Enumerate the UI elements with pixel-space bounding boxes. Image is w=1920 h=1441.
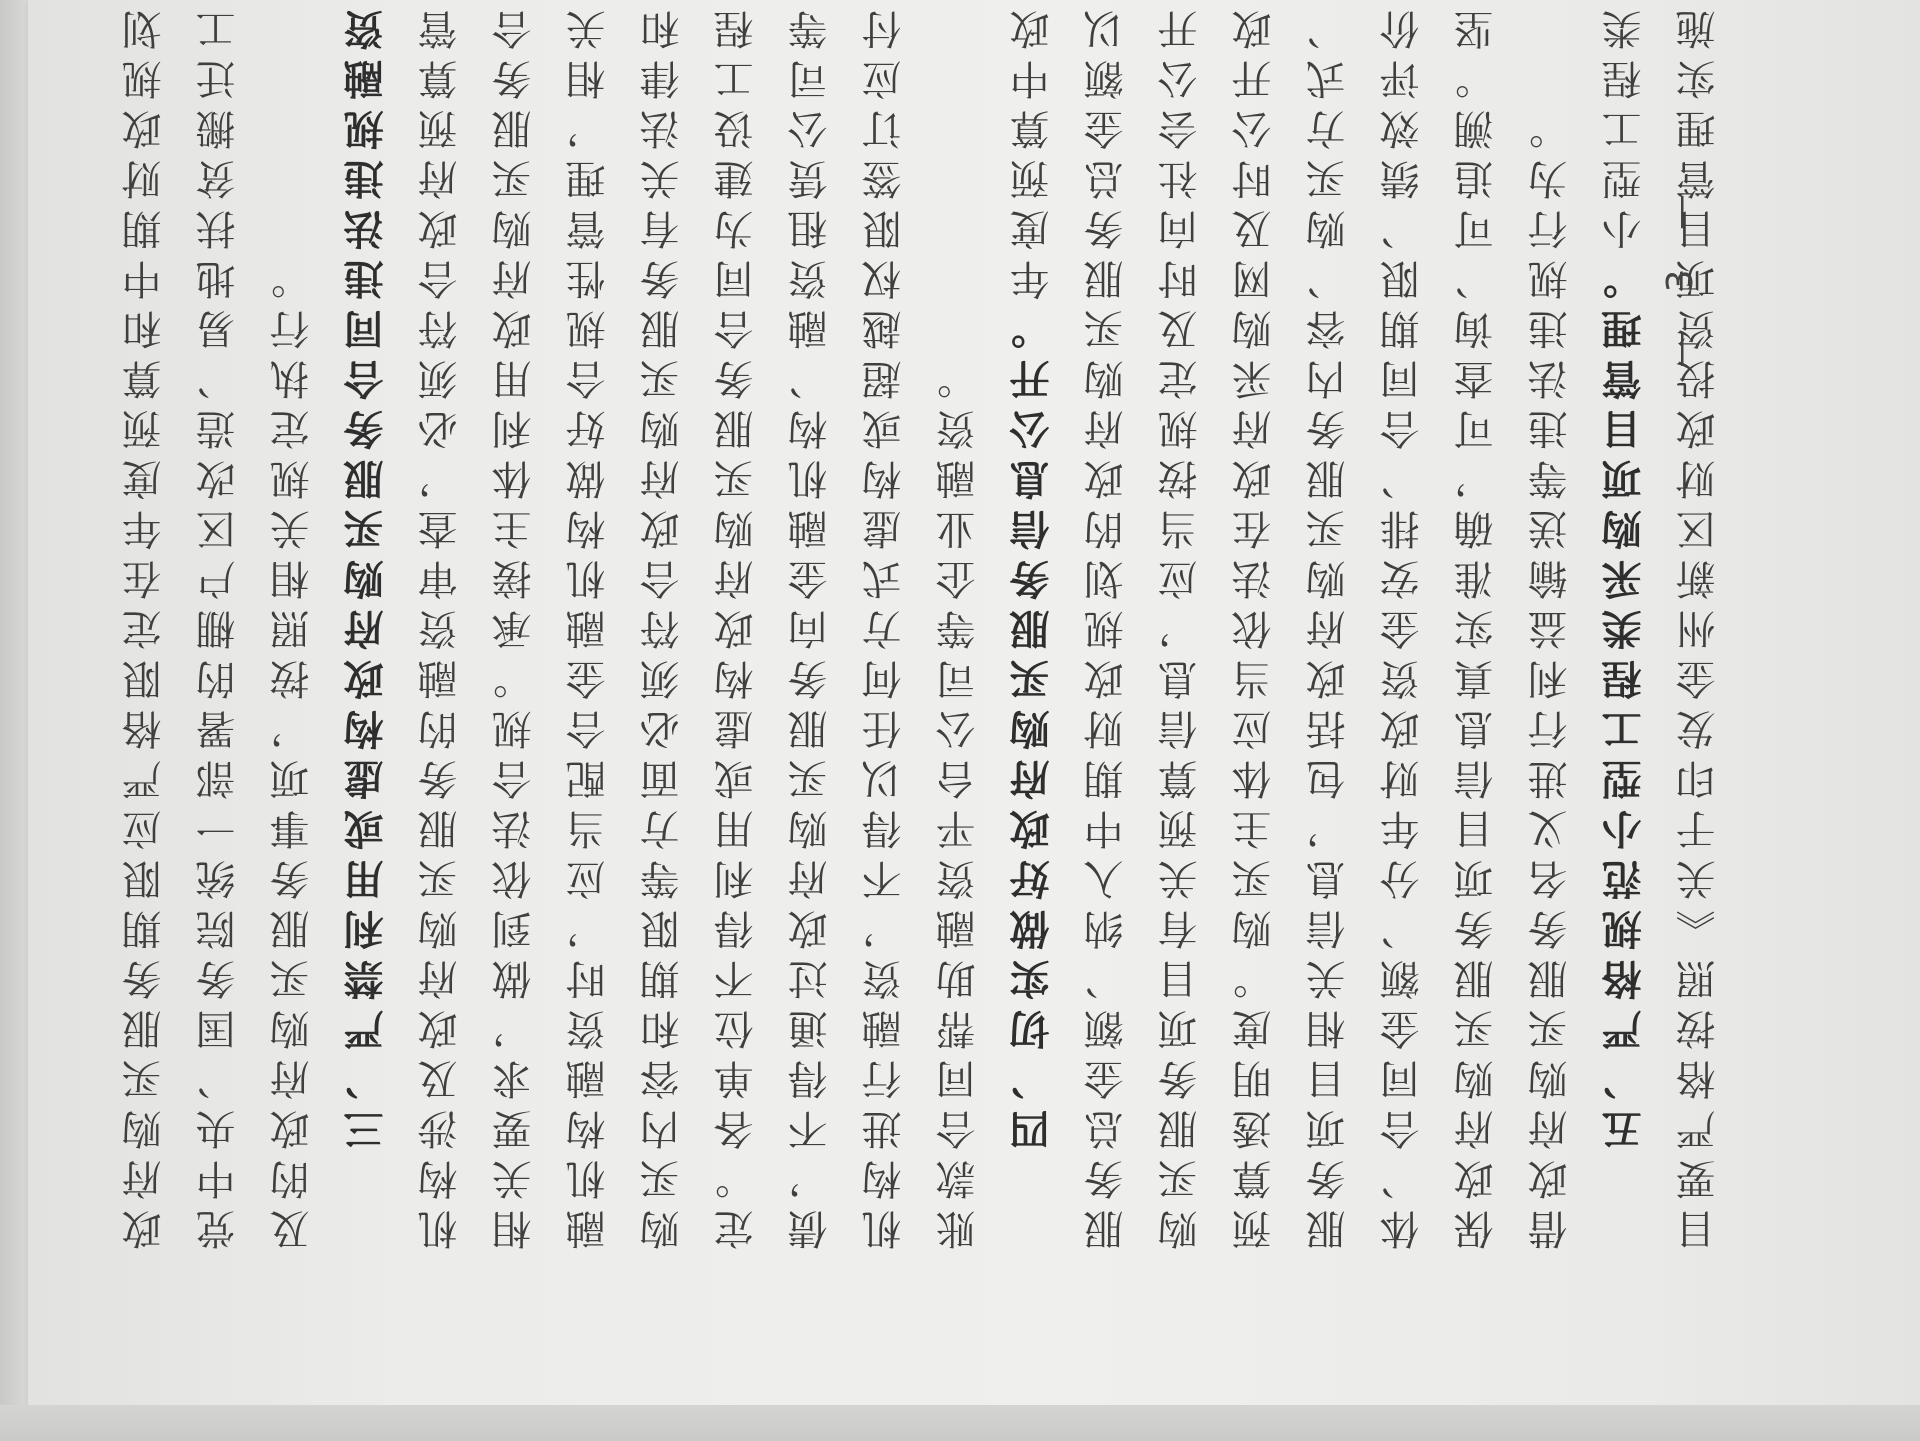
text-line: 机构进行融资，不得以任何方式虚构或超越权限签订应付（收） xyxy=(848,150,922,1250)
text-line: 体、合同金额、分年财政资金安排、合同期限、绩效评价等，确 xyxy=(1366,150,1440,1250)
document-photo: 政府购买服务期限应严格限定在年度预算和中期财政规划期限内。 党中央、国务院统一部… xyxy=(0,0,1920,1441)
text-line: 党中央、国务院统一部署的棚户区改造、易地扶贫搬迁工作中涉 xyxy=(182,150,256,1250)
text-line: 购买服务项目有关预算信息，应当按规定及时向社会公开，提高 xyxy=(1144,150,1218,1250)
text-line: 定。各单位不得利用或虚构政府购买服务合同为建设工程变相举 xyxy=(700,150,774,1250)
page-number: — 3 — xyxy=(1660,180,1701,368)
text-line: 机构涉及政府购买服务的融资审查，必须符合政府预算管理制度 xyxy=(404,150,478,1250)
text-line: 相关要求，做到依法合规。承接主体利用政府购买服务合同向金 xyxy=(478,150,552,1250)
section-heading-3: 三、严禁利用或虚构政府购买服务合同违法违规融资。 xyxy=(344,0,390,1150)
text-line: 购买内容和期限等方面必须符合政府购买服务有关法律和制度规 xyxy=(626,150,700,1250)
text-line: 预算透明度。购买主体应当依法在政府采购网及时公开政府购买 xyxy=(1218,150,1292,1250)
section-heading-line: 三、严禁利用或虚构政府购买服务合同违法违规融资。金融 xyxy=(330,150,404,1250)
section-heading-4: 四、切实做好政府购买服务信息公开。 xyxy=(1010,300,1056,1150)
document-body: 政府购买服务期限应严格限定在年度预算和中期财政规划期限内。 党中央、国务院统一部… xyxy=(108,150,1528,1250)
text-line: 借政府购买服务名义进行利益输送等违法违规行为。 xyxy=(1514,150,1588,1250)
text-line: 政府购买服务期限应严格限定在年度预算和中期财政规划期限内。 xyxy=(108,150,182,1250)
background-surface xyxy=(0,1405,1920,1441)
text-line: 服务总金额、纳入中期财政规划的政府购买服务总金额以及政府 xyxy=(1070,150,1144,1250)
section-heading-line: 四、切实做好政府购买服务信息公开。年度预算中政府购买 xyxy=(996,150,1070,1250)
section-heading-5: 五、严格规范小型工程类采购项目管理。 xyxy=(1602,250,1648,1150)
text-line: 债，不得通过政府购买服务向金融机构、融资租赁公司等非金融 xyxy=(774,150,848,1250)
text-line: 及的政府购买服务事项，按照相关规定执行。 xyxy=(256,150,330,1250)
text-line: 融机构融资时，应当配合金融机构做好合规性管理，相关合同在 xyxy=(552,150,626,1250)
text-line: 保政府购买服务项目信息真实准确，可查询、可追溯。坚决防止 xyxy=(1440,150,1514,1250)
text-line: 账款合同帮助融资平台公司等企业融资。 xyxy=(922,150,996,1250)
text-fragment: 年度预算中政府购买 xyxy=(1010,0,1056,300)
background-edge xyxy=(0,0,28,1441)
text-fragment: 小型工程类采购项 xyxy=(1602,0,1648,250)
section-heading-line: 五、严格规范小型工程类采购项目管理。小型工程类采购项 xyxy=(1588,150,1662,1250)
text-line: 服务项目相关信息，包括政府购买服务内容、购买方式、承接主 xyxy=(1292,150,1366,1250)
